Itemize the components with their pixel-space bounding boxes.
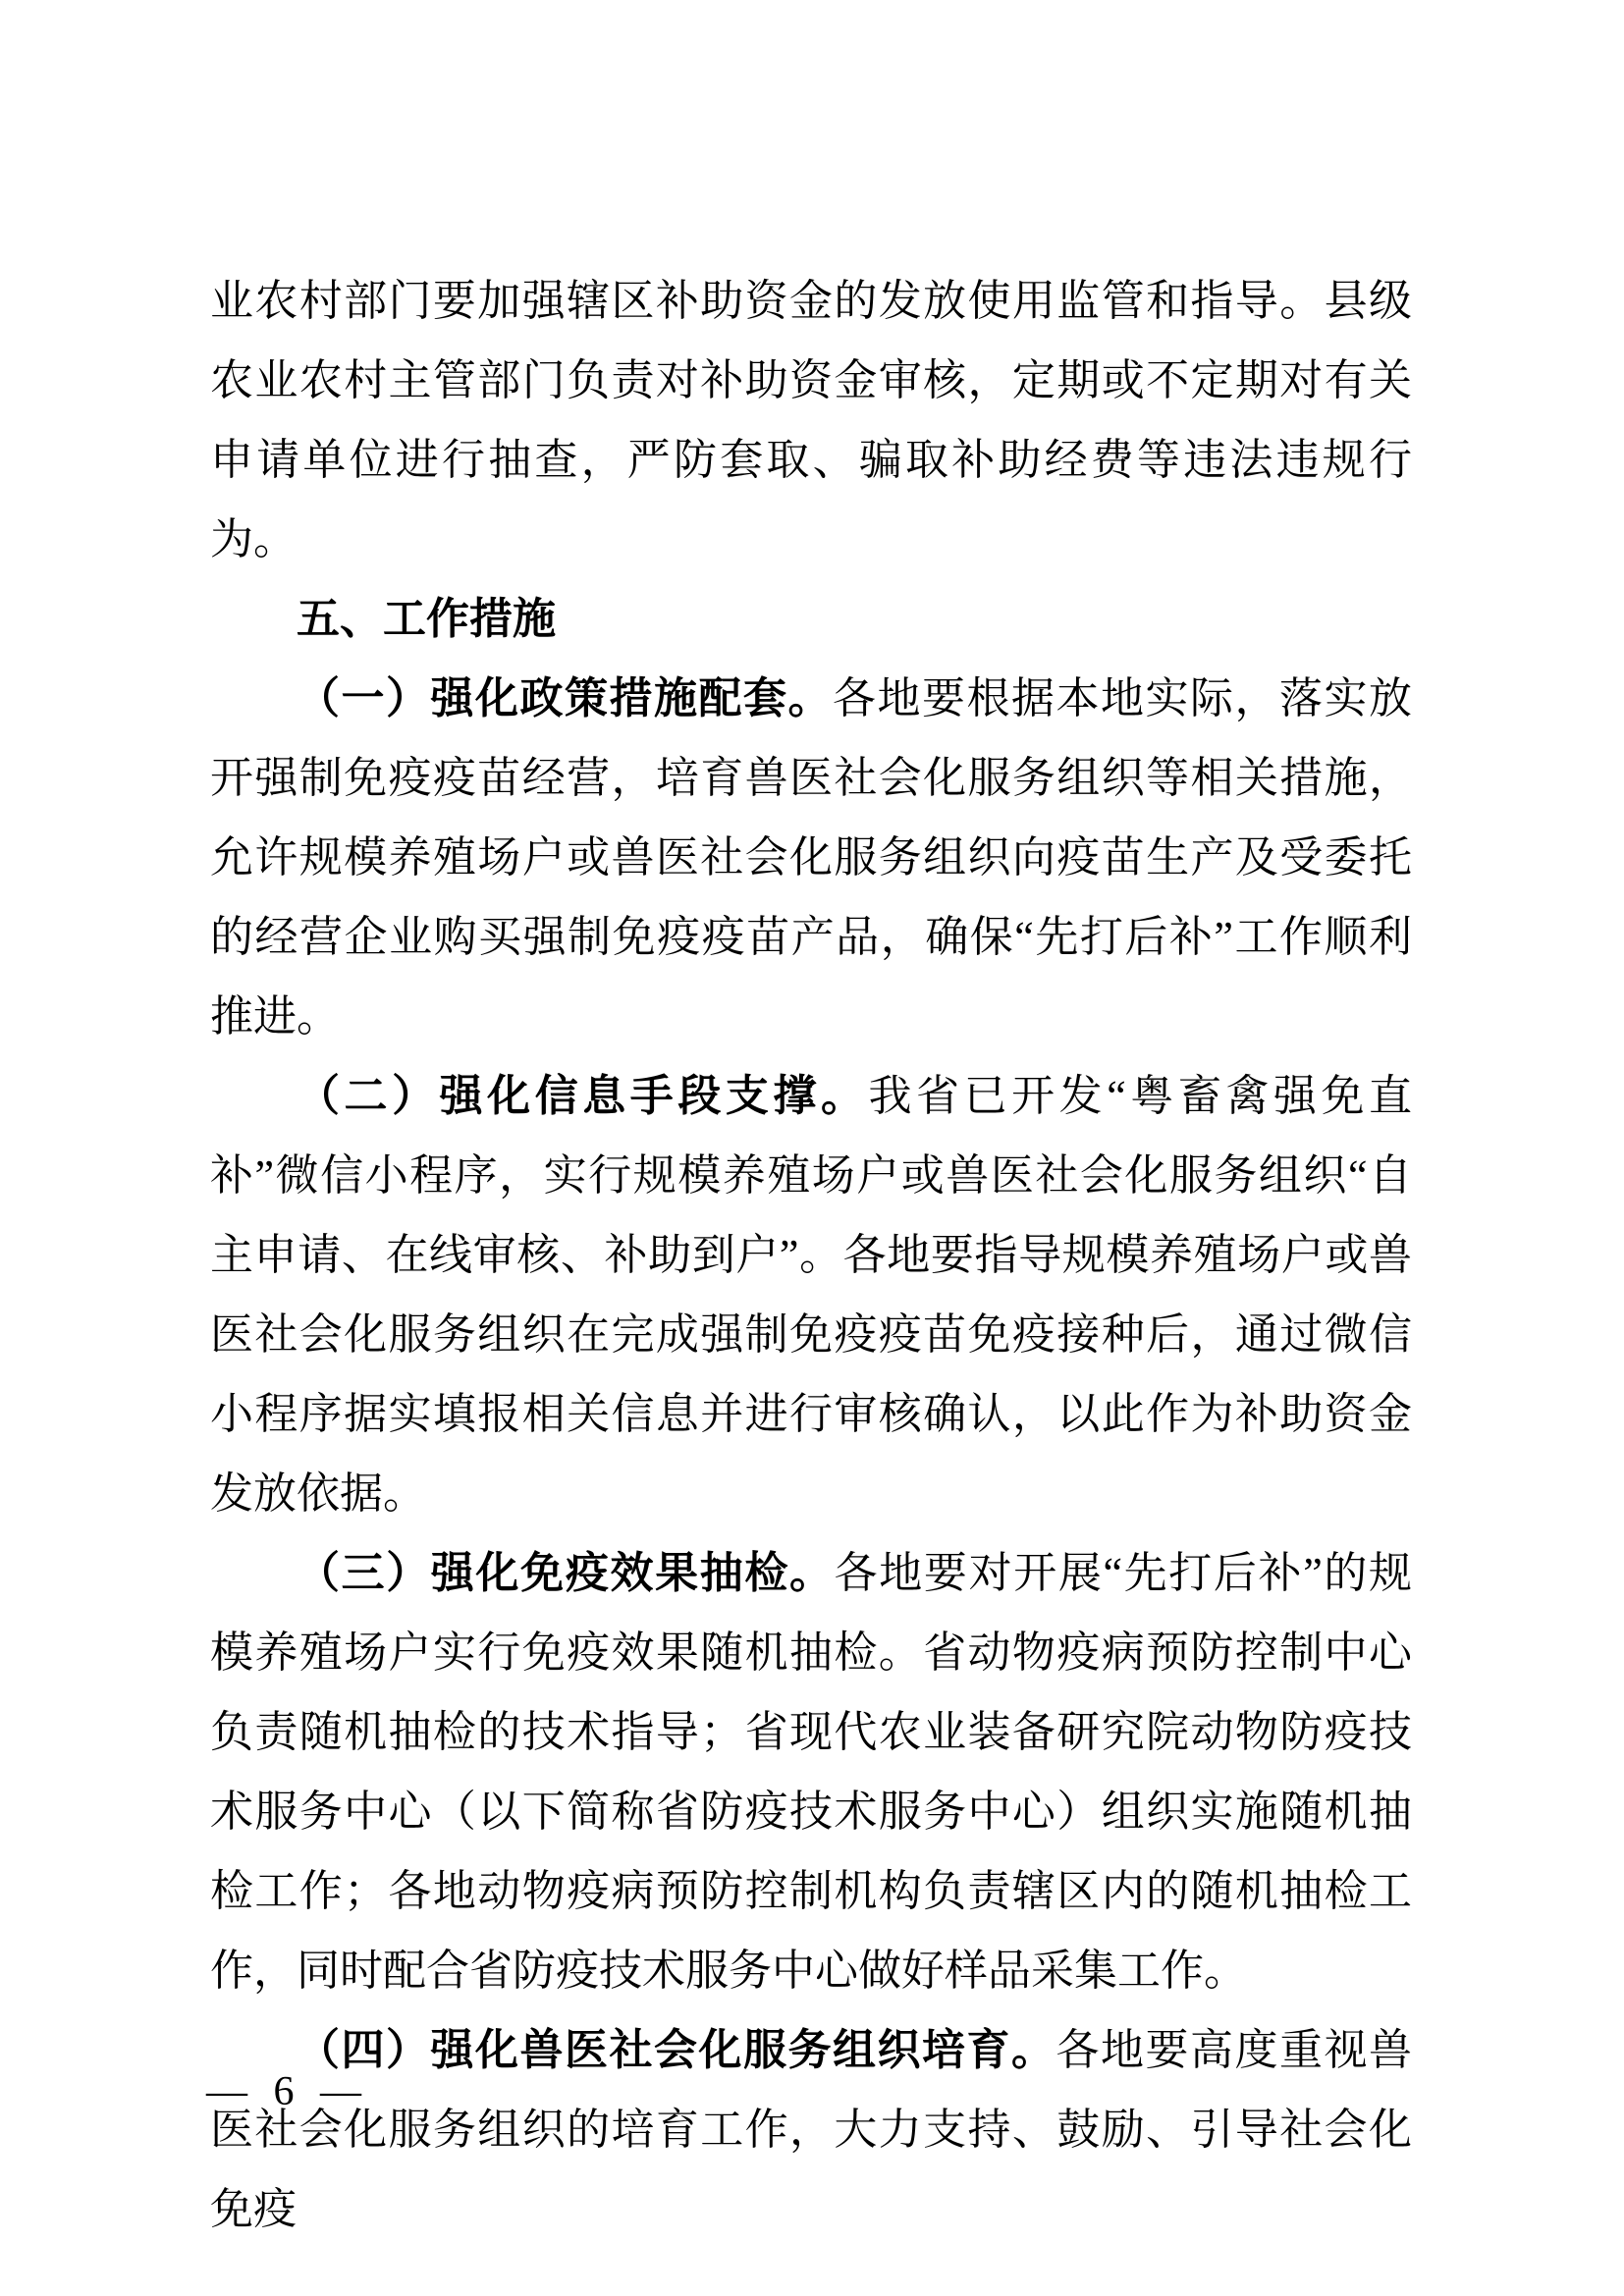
- measure-item-2-title: （二）强化信息手段支撑。: [297, 1072, 869, 1120]
- page-number: — 6 —: [206, 2067, 369, 2116]
- measure-item-2-body: 我省已开发“粤畜禽强免直补”微信小程序，实行规模养殖场户或兽医社会化服务组织“自…: [210, 1072, 1412, 1518]
- measure-item-4: （四）强化兽医社会化服务组织培育。各地要高度重视兽医社会化服务组织的培育工作，大…: [210, 2010, 1412, 2249]
- measure-item-1: （一）强化政策措施配套。各地要根据本地实际，落实放开强制免疫疫苗经营，培育兽医社…: [210, 659, 1412, 1056]
- continuation-paragraph: 业农村部门要加强辖区补助资金的发放使用监管和指导。县级农业农村主管部门负责对补助…: [210, 261, 1412, 579]
- measure-item-2: （二）强化信息手段支撑。我省已开发“粤畜禽强免直补”微信小程序，实行规模养殖场户…: [210, 1056, 1412, 1533]
- measure-item-3: （三）强化免疫效果抽检。各地要对开展“先打后补”的规模养殖场户实行免疫效果随机抽…: [210, 1533, 1412, 2010]
- measure-item-4-title: （四）强化兽医社会化服务组织培育。: [297, 2026, 1056, 2074]
- document-page: 业农村部门要加强辖区补助资金的发放使用监管和指导。县级农业农村主管部门负责对补助…: [0, 0, 1624, 2296]
- measure-item-3-title: （三）强化免疫效果抽检。: [297, 1549, 835, 1597]
- measure-item-3-body: 各地要对开展“先打后补”的规模养殖场户实行免疫效果随机抽检。省动物疫病预防控制中…: [210, 1549, 1412, 1995]
- measure-item-1-body: 各地要根据本地实际，落实放开强制免疫疫苗经营，培育兽医社会化服务组织等相关措施，…: [210, 674, 1412, 1041]
- section-heading: 五、工作措施: [210, 579, 1412, 659]
- document-body: 业农村部门要加强辖区补助资金的发放使用监管和指导。县级农业农村主管部门负责对补助…: [210, 261, 1412, 2249]
- measure-item-1-title: （一）强化政策措施配套。: [297, 674, 833, 722]
